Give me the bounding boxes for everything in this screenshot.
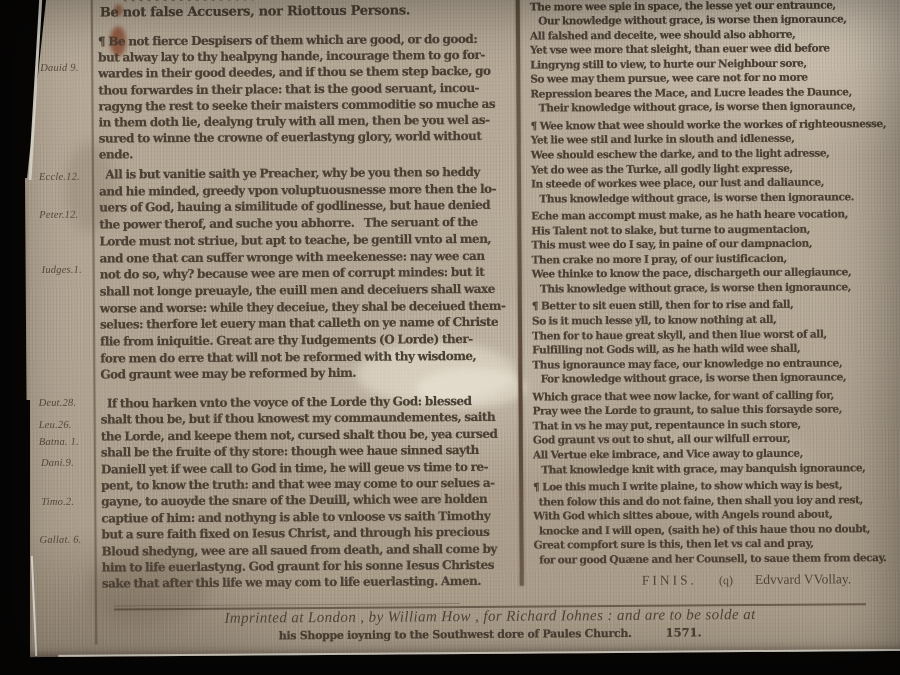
text-line: Their knowledge without grace, is worse … <box>530 99 900 116</box>
margin-note: Eccle.12. <box>39 172 80 183</box>
document-page: Dauid 9. Eccle.12. Peter.12. Iudges.1. D… <box>24 0 900 657</box>
margin-note: Gallat. 6. <box>39 535 81 546</box>
text-line: then folow this and do not faine, then s… <box>533 492 900 509</box>
text-line: fore men do erre that will not be reform… <box>100 347 520 367</box>
text-line: God graunt wee may be reformed by him. <box>100 364 520 384</box>
paragraph-harken: If thou harken vnto the voyce of the Lor… <box>101 393 522 593</box>
opening-line: Be not false Accusers, nor Riottous Pers… <box>100 3 410 20</box>
text-line: Our knowledge without grace, is worse th… <box>530 12 900 29</box>
margin-note: Leu.26. <box>39 420 72 431</box>
text-line: ende. <box>99 144 519 163</box>
text-line: For knowledge without grace, is worse th… <box>532 370 900 387</box>
photo-background: Dauid 9. Eccle.12. Peter.12. Iudges.1. D… <box>0 0 900 675</box>
finis-line: FINIS. (q) Edvvard VVollay. <box>642 571 851 588</box>
text-line: This knowledge without grace, is worse t… <box>532 280 900 297</box>
margin-note: Timo.2. <box>41 497 74 508</box>
text-line: knocke and I will open, (saith he) of th… <box>533 522 900 539</box>
text-line: Eche man accompt must make, as he hath h… <box>531 207 900 224</box>
margin-note: Batna. 1. <box>39 437 79 448</box>
margin-rule <box>91 0 97 645</box>
text-line: sake that after this life we may com to … <box>102 573 522 592</box>
photo-edge-shadow <box>0 400 30 675</box>
margin-note: Peter.12. <box>39 210 78 221</box>
text-line: for our good Quæne and her Counsell, to … <box>534 551 900 568</box>
margin-note: Deut.28. <box>39 398 77 409</box>
paragraph-despisers: ¶ Be not fierce Despisers of them which … <box>98 31 519 164</box>
imprint-line2: his Shoppe ioyning to the Southwest dore… <box>279 627 632 642</box>
printer-mark: (q) <box>719 573 733 588</box>
author-name: Edvvard VVollay. <box>755 571 851 588</box>
clipped-text-fragment <box>124 0 254 1</box>
margin-note: Dauid 9. <box>40 63 78 74</box>
text-line: Thus knowledge without grace, is worse t… <box>531 190 900 207</box>
imprint-colophon: Imprinted at London , by William How , f… <box>114 606 866 643</box>
paragraph-vanitie: All is but vanitie saith ye Preacher, wh… <box>99 164 521 384</box>
poem-column: Our Neighbours grace we seeke, both euer… <box>530 0 900 568</box>
finis-label: FINIS. <box>642 572 697 588</box>
margin-note: Iudges.1. <box>42 265 82 276</box>
text-line: That knowledge knit with grace, may banq… <box>533 460 900 477</box>
margin-note: Dani.9. <box>41 458 74 469</box>
imprint-year: 1571. <box>666 625 702 639</box>
